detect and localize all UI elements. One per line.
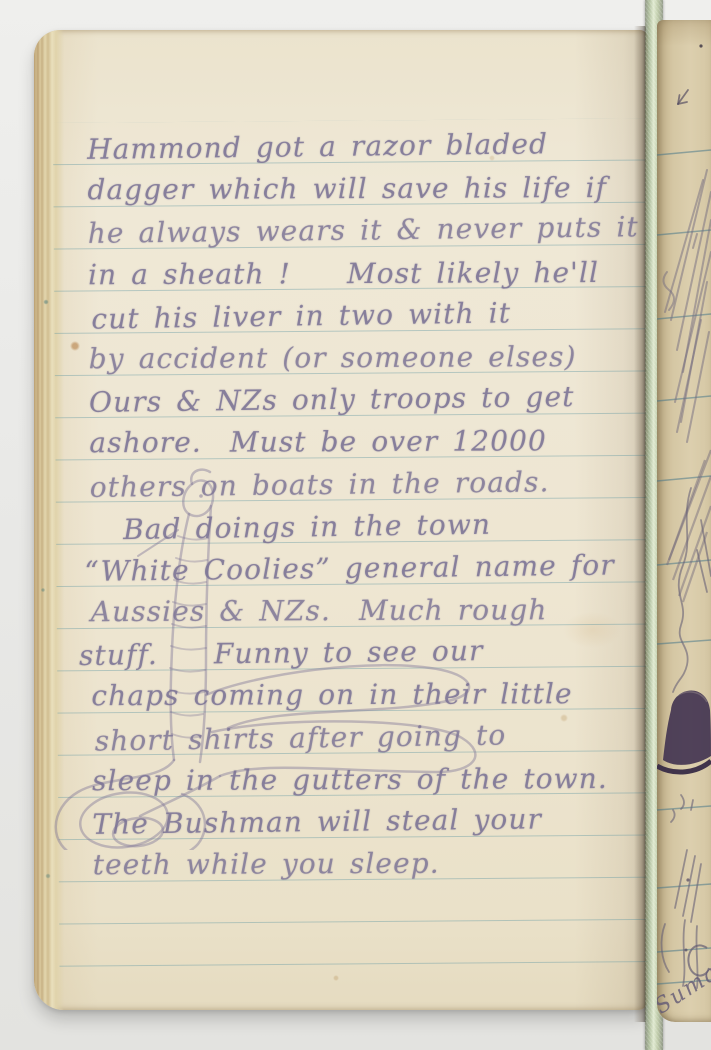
hair-hatching <box>663 170 711 442</box>
ink-speck <box>699 44 702 47</box>
portrait-hatching-sketch <box>657 20 711 1022</box>
handwriting-line: dagger which will save his life if <box>87 167 637 212</box>
handwriting-line: by accident (or someone elses) <box>89 336 639 381</box>
handwriting-line: Ours & NZs only troops to get <box>89 375 639 424</box>
adjacent-page-edge: Suma <box>657 20 711 1022</box>
diary-page: Hammond got a razor bladeddagger which w… <box>34 30 648 1010</box>
handwriting-line: ashore. Must be over 12000 <box>89 420 639 465</box>
handwriting-line: Hammond got a razor bladed <box>87 122 637 171</box>
dark-hat-figure-sketch <box>657 690 711 772</box>
arrow-mark <box>678 90 688 104</box>
photo-stage: Hammond got a razor bladeddagger which w… <box>0 0 711 1050</box>
handwriting-line: he always wears it & never puts it <box>87 207 637 256</box>
face-profile-sketch <box>673 488 711 692</box>
cobra-snake-sketch <box>42 460 512 850</box>
handwriting-line: in a sheath ! Most likely he'll <box>88 251 638 296</box>
handwriting-line: cut his liver in two with it <box>91 290 642 340</box>
figure-sketch <box>662 795 701 988</box>
